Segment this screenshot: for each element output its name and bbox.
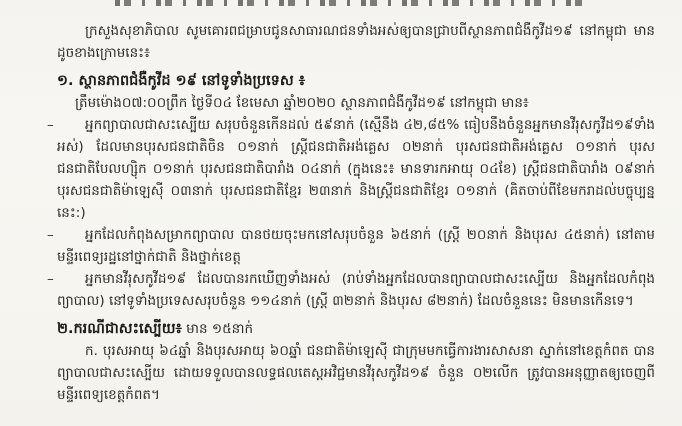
dash-bullet-marker: – — [47, 268, 85, 290]
bullet-text: អ្នកដែលកំពុងសម្រាកព្យាបាល បានថយចុះមកនៅសរ… — [57, 227, 655, 265]
bullet-text: អ្នកព្យាបាលជាសះស្បើយ សរុបចំនួនកើនដល់ ៥៩ន… — [57, 117, 655, 221]
section2-heading: ២.ករណីជាសះស្បើយ៖ — [57, 321, 182, 337]
bullet-total-cases: –អ្នកមានវីរុសកូវីដ១៩ ដែលបានរកឃើញទាំងអស់ … — [57, 268, 655, 312]
section2-heading-row: ២.ករណីជាសះស្បើយ៖ មាន ១៥នាក់ — [57, 318, 655, 340]
bullet-hospitalized-patients: –អ្នកដែលកំពុងសម្រាកព្យាបាល បានថយចុះមកនៅស… — [57, 224, 655, 268]
bullet-recovered-patients: –អ្នកព្យាបាលជាសះស្បើយ សរុបចំនួនកើនដល់ ៥៩… — [57, 114, 655, 224]
section2-heading-suffix: មាន ១៥នាក់ — [182, 321, 253, 337]
section1-as-of-line: ត្រឹមម៉ោង០៧:០០ព្រឹក ថ្ងៃទី០៤ ខែមេសា ឆ្នា… — [57, 92, 655, 114]
clipped-text-remnant — [115, 0, 583, 6]
document-page: ក្រសួងសុខាភិបាល សូមគោរពជម្រាបជូនសាធារណជន… — [0, 0, 682, 426]
dash-bullet-marker: – — [47, 114, 85, 136]
bullet-text: អ្នកមានវីរុសកូវីដ១៩ ដែលបានរកឃើញទាំងអស់ (… — [57, 271, 655, 309]
intro-paragraph: ក្រសួងសុខាភិបាល សូមគោរពជម្រាបជូនសាធារណជន… — [57, 20, 655, 64]
recovered-case-detail-paragraph: ក. បុរសអាយុ ៦៤ឆ្នាំ និងបុរសអាយុ ៦០ឆ្នាំ … — [57, 340, 655, 406]
section1-heading: ១. ស្ថានភាពជំងឺកូវីដ ១៩ នៅទូទាំងប្រទេស ៖ — [57, 70, 655, 92]
dash-bullet-marker: – — [47, 224, 85, 246]
